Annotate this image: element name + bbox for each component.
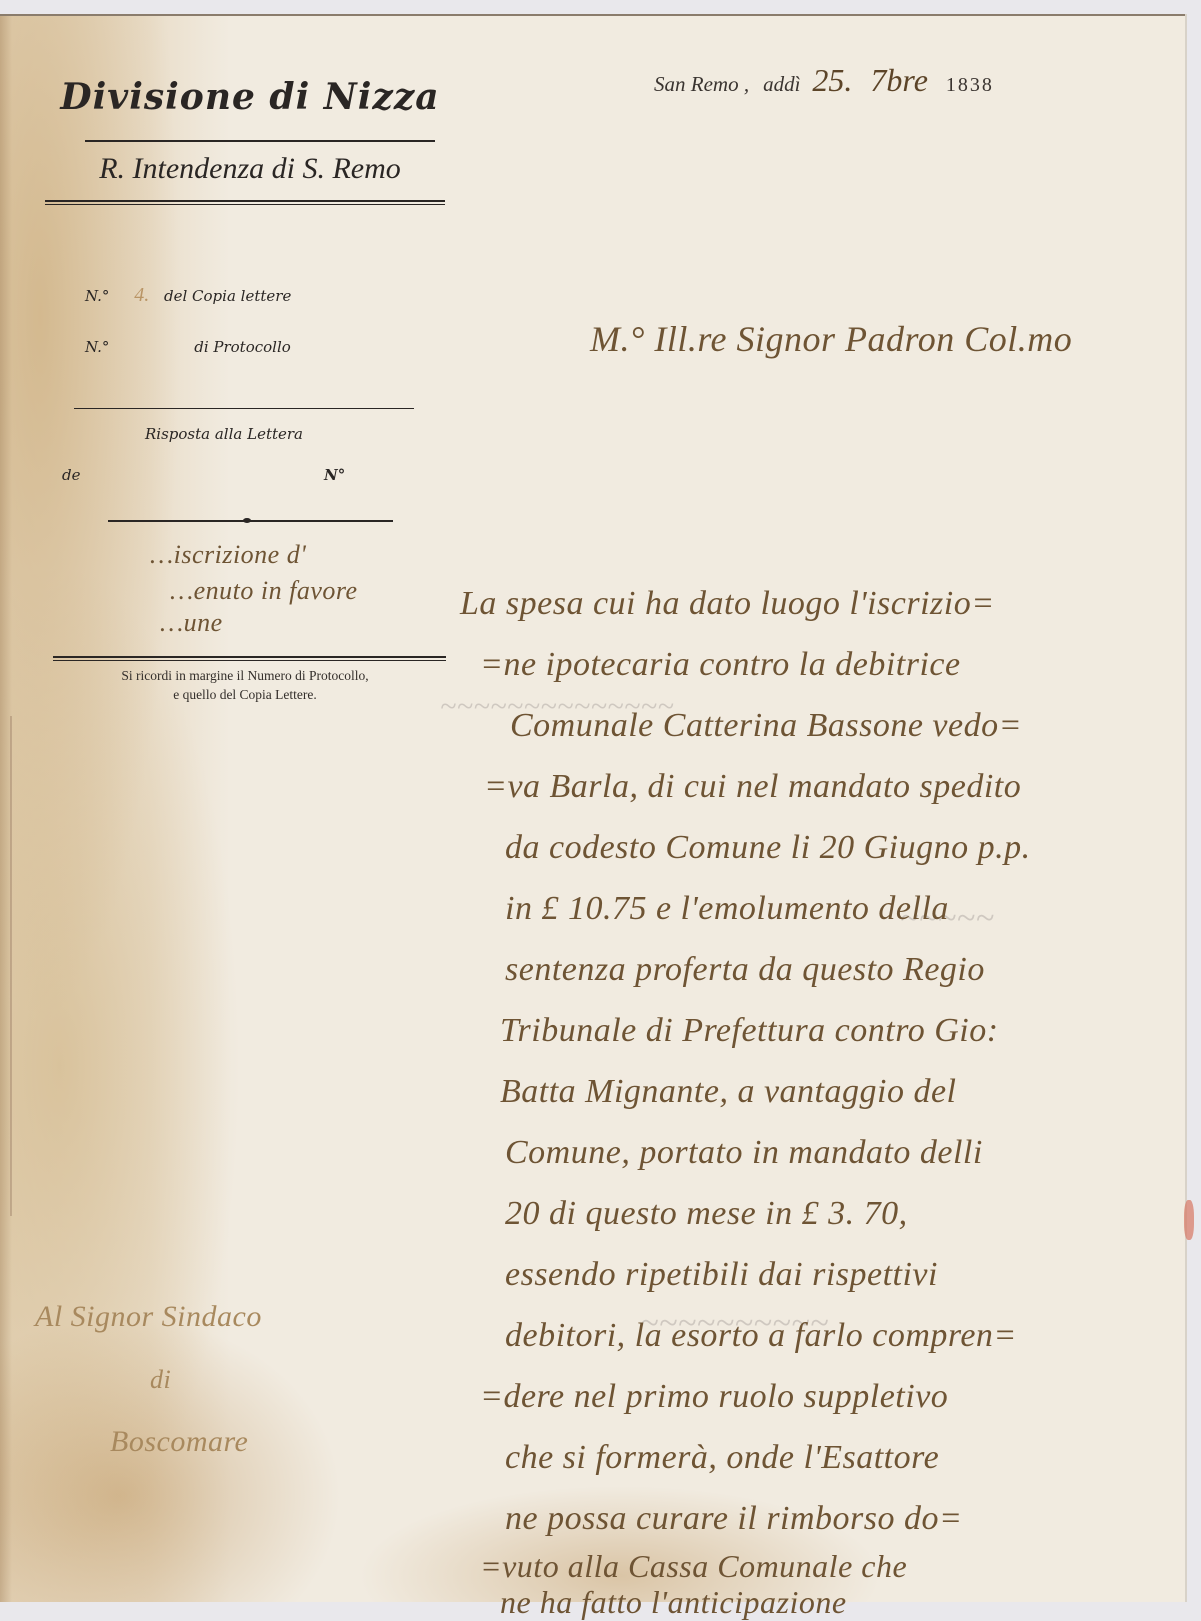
salutation: M.° Ill.re Signor Padron Col.mo <box>590 318 1072 360</box>
body-line: debitori, la esorto a farlo compren= <box>505 1317 1017 1355</box>
copia-lettere-number: 4. <box>134 284 149 306</box>
letterhead-title: Divisione di Nizza <box>55 78 445 118</box>
letterhead: Divisione di Nizza R. Intendenza di S. R… <box>45 78 445 205</box>
divider <box>85 140 435 142</box>
body-line: sentenza proferta da questo Regio <box>505 951 985 989</box>
body-line: Tribunale di Prefettura contro Gio: <box>500 1012 999 1050</box>
addressee-line: di <box>150 1365 171 1395</box>
dateline: San Remo , addì 25. 7bre 1838 <box>654 62 994 99</box>
addressee-line: Al Signor Sindaco <box>35 1300 262 1334</box>
divider <box>45 200 445 205</box>
ornament-dot <box>243 518 251 523</box>
subject-line: …iscrizione d' <box>150 540 306 570</box>
body-line: Comune, portato in mandato delli <box>505 1134 983 1172</box>
place: San Remo , <box>654 72 749 96</box>
body-line: =va Barla, di cui nel mandato spedito <box>484 768 1021 806</box>
footnote-line: Si ricordi in margine il Numero di Proto… <box>45 666 445 685</box>
body-line: La spesa cui ha dato luogo l'iscrizio= <box>460 585 995 623</box>
date-month: 7bre <box>870 62 927 98</box>
protocollo-field: N.° di Protocollo <box>85 338 291 356</box>
body-line: 20 di questo mese in £ 3. 70, <box>505 1195 908 1233</box>
letter-sheet <box>0 14 1185 1600</box>
reply-from-field: de N° <box>62 466 362 484</box>
de-label: de <box>62 466 80 484</box>
divider <box>53 656 446 661</box>
numero-label: N° <box>324 466 345 484</box>
subject-line: …une <box>160 608 223 638</box>
date-year: 1838 <box>946 74 994 96</box>
body-line: essendo ripetibili dai rispettivi <box>505 1256 938 1294</box>
number-prefix: N.° <box>85 287 109 305</box>
addi-label: addì <box>763 72 800 96</box>
number-prefix: N.° <box>85 338 109 356</box>
addressee-line: Boscomare <box>110 1425 248 1459</box>
letterhead-subtitle: R. Intendenza di S. Remo <box>55 152 445 186</box>
fold-line <box>10 716 12 1216</box>
red-wax-trace <box>1184 1200 1194 1240</box>
footnote-line: e quello del Copia Lettere. <box>45 685 445 704</box>
body-line: Comunale Catterina Bassone vedo= <box>510 707 1022 745</box>
body-line: =dere nel primo ruolo suppletivo <box>480 1378 948 1416</box>
body-line: da codesto Comune li 20 Giugno p.p. <box>505 829 1031 867</box>
protocollo-label: di Protocollo <box>194 338 291 356</box>
copia-lettere-field: N.° 4. del Copia lettere <box>85 284 291 307</box>
copia-lettere-label: del Copia lettere <box>164 287 291 305</box>
body-line: che si formerà, onde l'Esattore <box>505 1439 939 1477</box>
body-line: ne possa curare il rimborso do= <box>505 1500 962 1538</box>
risposta-label: Risposta alla Lettera <box>145 425 303 443</box>
date-day: 25. <box>812 62 852 98</box>
subject-line: …enuto in favore <box>170 576 358 606</box>
body-line: =ne ipotecaria contro la debitrice <box>480 646 961 684</box>
footnote: Si ricordi in margine il Numero di Proto… <box>45 666 445 704</box>
body-line: in £ 10.75 e l'emolumento della <box>505 890 949 928</box>
body-line: Batta Mignante, a vantaggio del <box>500 1073 957 1111</box>
body-line: =vuto alla Cassa Comunale che <box>480 1548 907 1585</box>
divider <box>74 408 414 409</box>
body-line: ne ha fatto l'anticipazione <box>500 1584 847 1600</box>
